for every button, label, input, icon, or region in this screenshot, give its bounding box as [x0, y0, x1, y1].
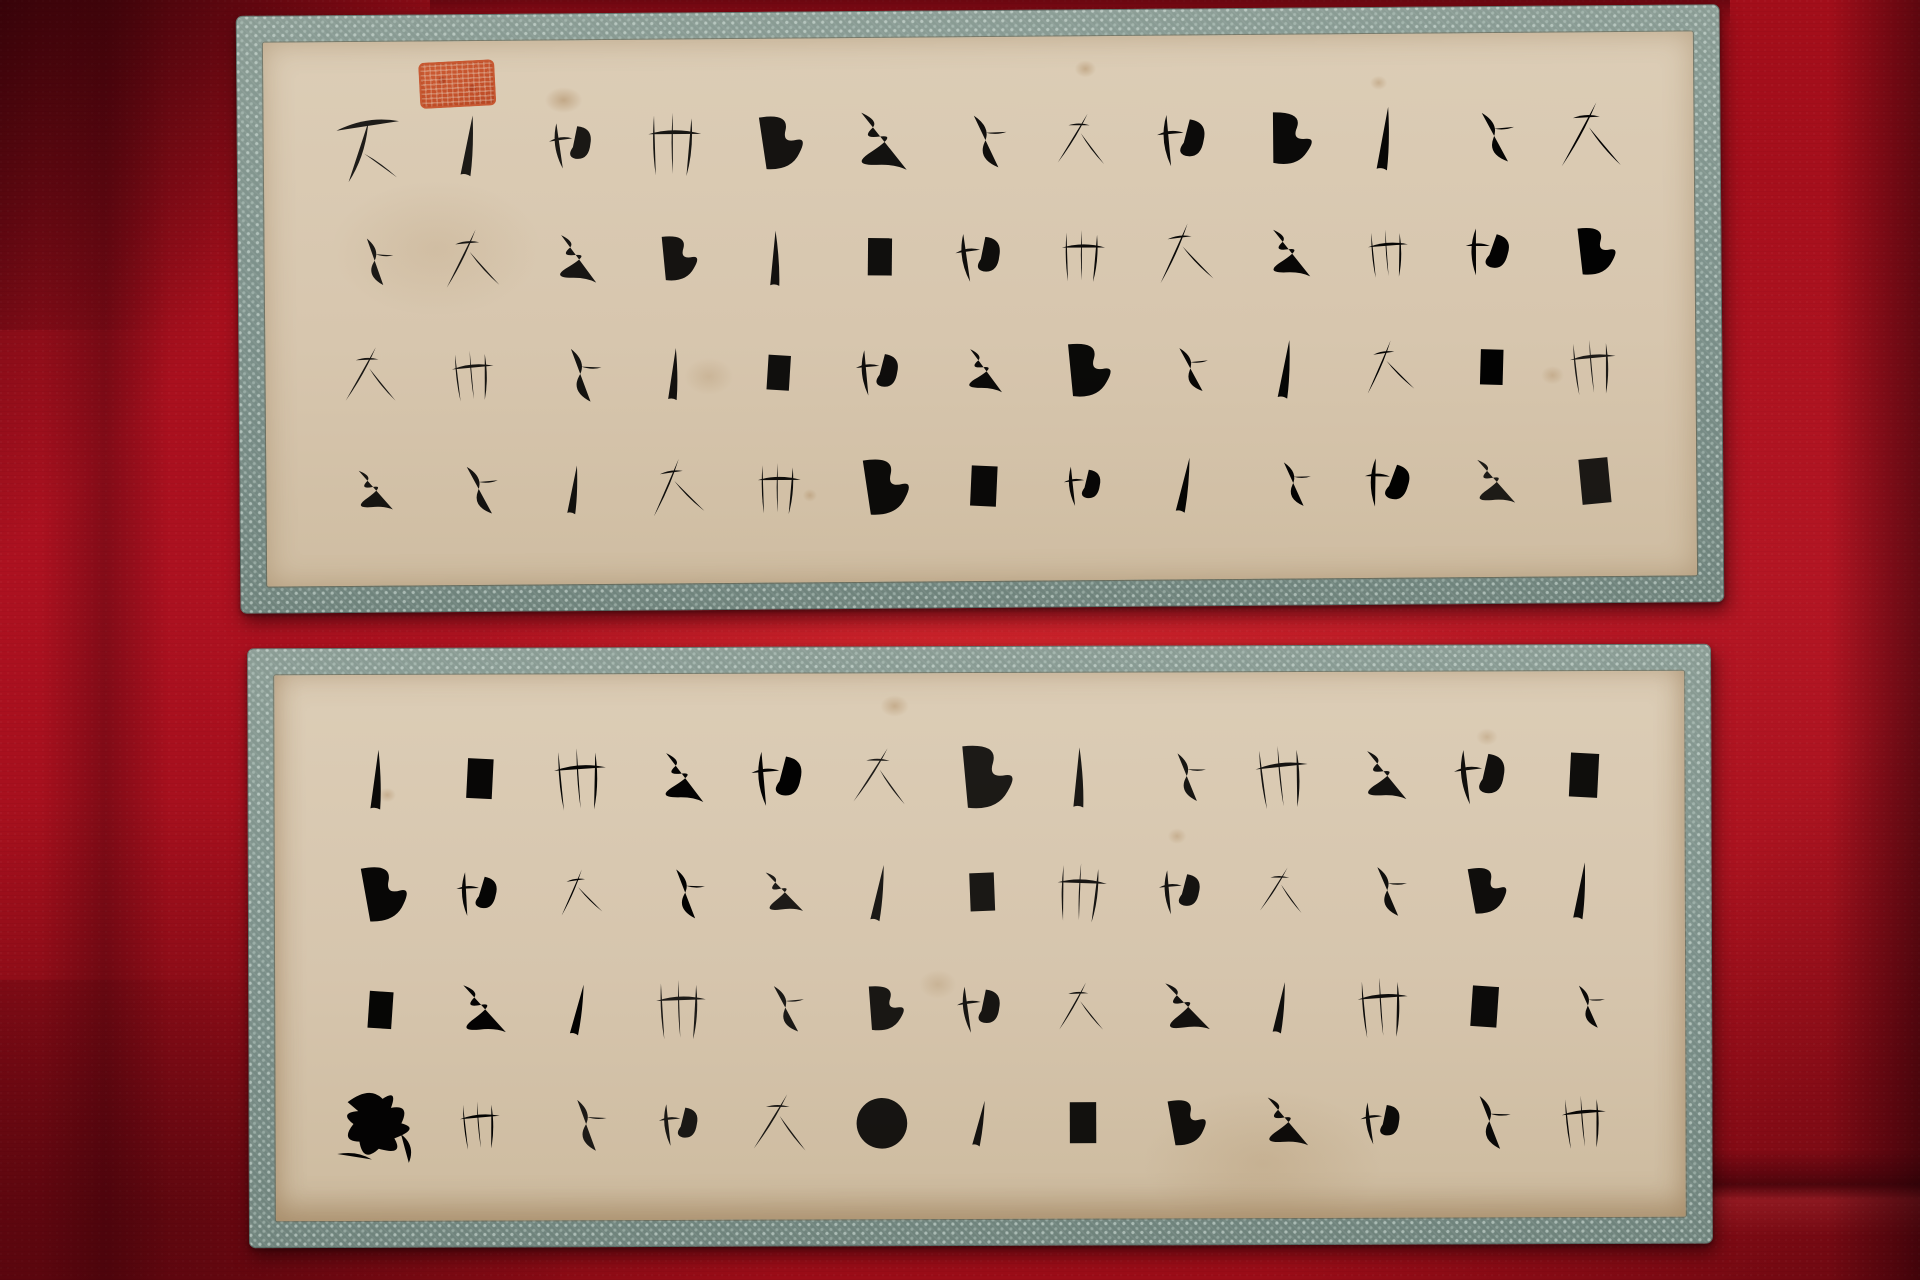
- calligraphy-glyph: [1132, 1065, 1233, 1181]
- calligraphy-glyph: [524, 431, 627, 547]
- calligraphy-scroll-bottom: [247, 644, 1713, 1249]
- calligraphy-glyph: [931, 1065, 1032, 1181]
- calligraphy-glyph: [1432, 833, 1533, 949]
- calligraphy-glyph: [727, 429, 830, 545]
- calligraphy-glyph: [317, 87, 420, 203]
- calligraphy-glyph: [1432, 717, 1533, 833]
- calligraphy-glyph: [929, 198, 1032, 314]
- calligraphy-glyph: [1032, 312, 1135, 428]
- calligraphy-glyph: [930, 719, 1031, 835]
- calligraphy-glyph: [1539, 78, 1642, 194]
- calligraphy-glyph: [625, 430, 728, 546]
- calligraphy-glyph: [329, 952, 430, 1068]
- calligraphy-glyph: [831, 1066, 932, 1182]
- calligraphy-glyph: [730, 719, 831, 835]
- calligraphy-glyph: [730, 950, 831, 1066]
- scroll-top-calligraphy: [317, 78, 1645, 548]
- calligraphy-glyph: [725, 84, 828, 200]
- calligraphy-glyph: [530, 1067, 631, 1183]
- calligraphy-glyph: [1338, 424, 1441, 540]
- calligraphy-glyph: [730, 835, 831, 951]
- calligraphy-glyph: [1331, 718, 1432, 834]
- calligraphy-glyph: [928, 83, 1031, 199]
- calligraphy-glyph: [1542, 423, 1645, 539]
- calligraphy-glyph: [522, 201, 625, 317]
- calligraphy-glyph: [1032, 1065, 1133, 1181]
- calligraphy-glyph: [419, 87, 522, 203]
- calligraphy-glyph: [630, 835, 731, 951]
- calligraphy-glyph: [1237, 425, 1340, 541]
- calligraphy-glyph: [329, 1067, 430, 1183]
- calligraphy-glyph: [931, 428, 1034, 544]
- calligraphy-glyph: [1432, 948, 1533, 1064]
- calligraphy-glyph: [429, 720, 530, 836]
- calligraphy-glyph: [625, 315, 728, 431]
- calligraphy-glyph: [1030, 719, 1131, 835]
- calligraphy-glyph: [523, 316, 626, 432]
- calligraphy-glyph: [1336, 79, 1439, 195]
- calligraphy-glyph: [420, 202, 523, 318]
- calligraphy-glyph: [429, 836, 530, 952]
- red-seal-stamp: [418, 59, 496, 109]
- calligraphy-glyph: [1439, 309, 1542, 425]
- calligraphy-glyph: [530, 951, 631, 1067]
- calligraphy-glyph: [830, 719, 931, 835]
- calligraphy-glyph: [329, 836, 430, 952]
- calligraphy-glyph: [1031, 834, 1132, 950]
- calligraphy-glyph: [318, 202, 421, 318]
- calligraphy-glyph: [1135, 426, 1238, 542]
- calligraphy-glyph: [1131, 834, 1232, 950]
- scroll-bottom-calligraphy: [328, 717, 1633, 1183]
- calligraphy-glyph: [429, 951, 530, 1067]
- calligraphy-glyph: [930, 834, 1031, 950]
- calligraphy-glyph: [630, 1066, 731, 1182]
- calligraphy-scroll-top: [236, 4, 1725, 614]
- calligraphy-glyph: [1134, 311, 1237, 427]
- calligraphy-glyph: [1438, 79, 1541, 195]
- calligraphy-glyph: [1332, 1064, 1433, 1180]
- scroll-bottom-paper: [274, 671, 1686, 1221]
- calligraphy-glyph: [831, 950, 932, 1066]
- calligraphy-glyph: [731, 1066, 832, 1182]
- calligraphy-glyph: [1133, 196, 1236, 312]
- calligraphy-glyph: [1231, 833, 1332, 949]
- calligraphy-glyph: [1332, 949, 1433, 1065]
- calligraphy-glyph: [1337, 309, 1440, 425]
- calligraphy-glyph: [1440, 424, 1543, 540]
- calligraphy-glyph: [827, 198, 930, 314]
- calligraphy-glyph: [1533, 948, 1634, 1064]
- calligraphy-glyph: [624, 200, 727, 316]
- calligraphy-glyph: [1533, 1063, 1634, 1179]
- calligraphy-glyph: [1131, 949, 1232, 1065]
- calligraphy-glyph: [421, 317, 524, 433]
- calligraphy-glyph: [726, 314, 829, 430]
- calligraphy-glyph: [1332, 833, 1433, 949]
- calligraphy-glyph: [1031, 950, 1132, 1066]
- calligraphy-glyph: [1438, 194, 1541, 310]
- calligraphy-glyph: [1532, 832, 1633, 948]
- calligraphy-glyph: [726, 199, 829, 315]
- calligraphy-glyph: [1540, 193, 1643, 309]
- calligraphy-glyph: [930, 313, 1033, 429]
- calligraphy-glyph: [521, 86, 624, 202]
- calligraphy-glyph: [1132, 81, 1235, 197]
- calligraphy-glyph: [1234, 80, 1337, 196]
- calligraphy-glyph: [328, 721, 429, 837]
- calligraphy-glyph: [829, 428, 932, 544]
- calligraphy-glyph: [430, 1067, 531, 1183]
- calligraphy-glyph: [1031, 197, 1134, 313]
- calligraphy-glyph: [319, 317, 422, 433]
- calligraphy-glyph: [422, 432, 525, 548]
- calligraphy-glyph: [529, 720, 630, 836]
- calligraphy-glyph: [320, 432, 423, 548]
- calligraphy-glyph: [623, 85, 726, 201]
- calligraphy-glyph: [1532, 717, 1633, 833]
- calligraphy-glyph: [1541, 308, 1644, 424]
- calligraphy-glyph: [1231, 718, 1332, 834]
- calligraphy-glyph: [529, 836, 630, 952]
- calligraphy-glyph: [629, 720, 730, 836]
- calligraphy-glyph: [1433, 1064, 1534, 1180]
- calligraphy-glyph: [830, 835, 931, 951]
- photo-of-calligraphy-scrolls: [0, 0, 1920, 1280]
- calligraphy-glyph: [1131, 718, 1232, 834]
- calligraphy-glyph: [826, 83, 929, 199]
- calligraphy-glyph: [1337, 194, 1440, 310]
- calligraphy-glyph: [931, 950, 1032, 1066]
- scroll-top-paper: [263, 31, 1697, 586]
- calligraphy-glyph: [630, 951, 731, 1067]
- calligraphy-glyph: [1033, 427, 1136, 543]
- calligraphy-glyph: [828, 313, 931, 429]
- calligraphy-glyph: [1030, 82, 1133, 198]
- calligraphy-glyph: [1232, 949, 1333, 1065]
- calligraphy-glyph: [1236, 310, 1339, 426]
- calligraphy-glyph: [1235, 195, 1338, 311]
- calligraphy-glyph: [1232, 1064, 1333, 1180]
